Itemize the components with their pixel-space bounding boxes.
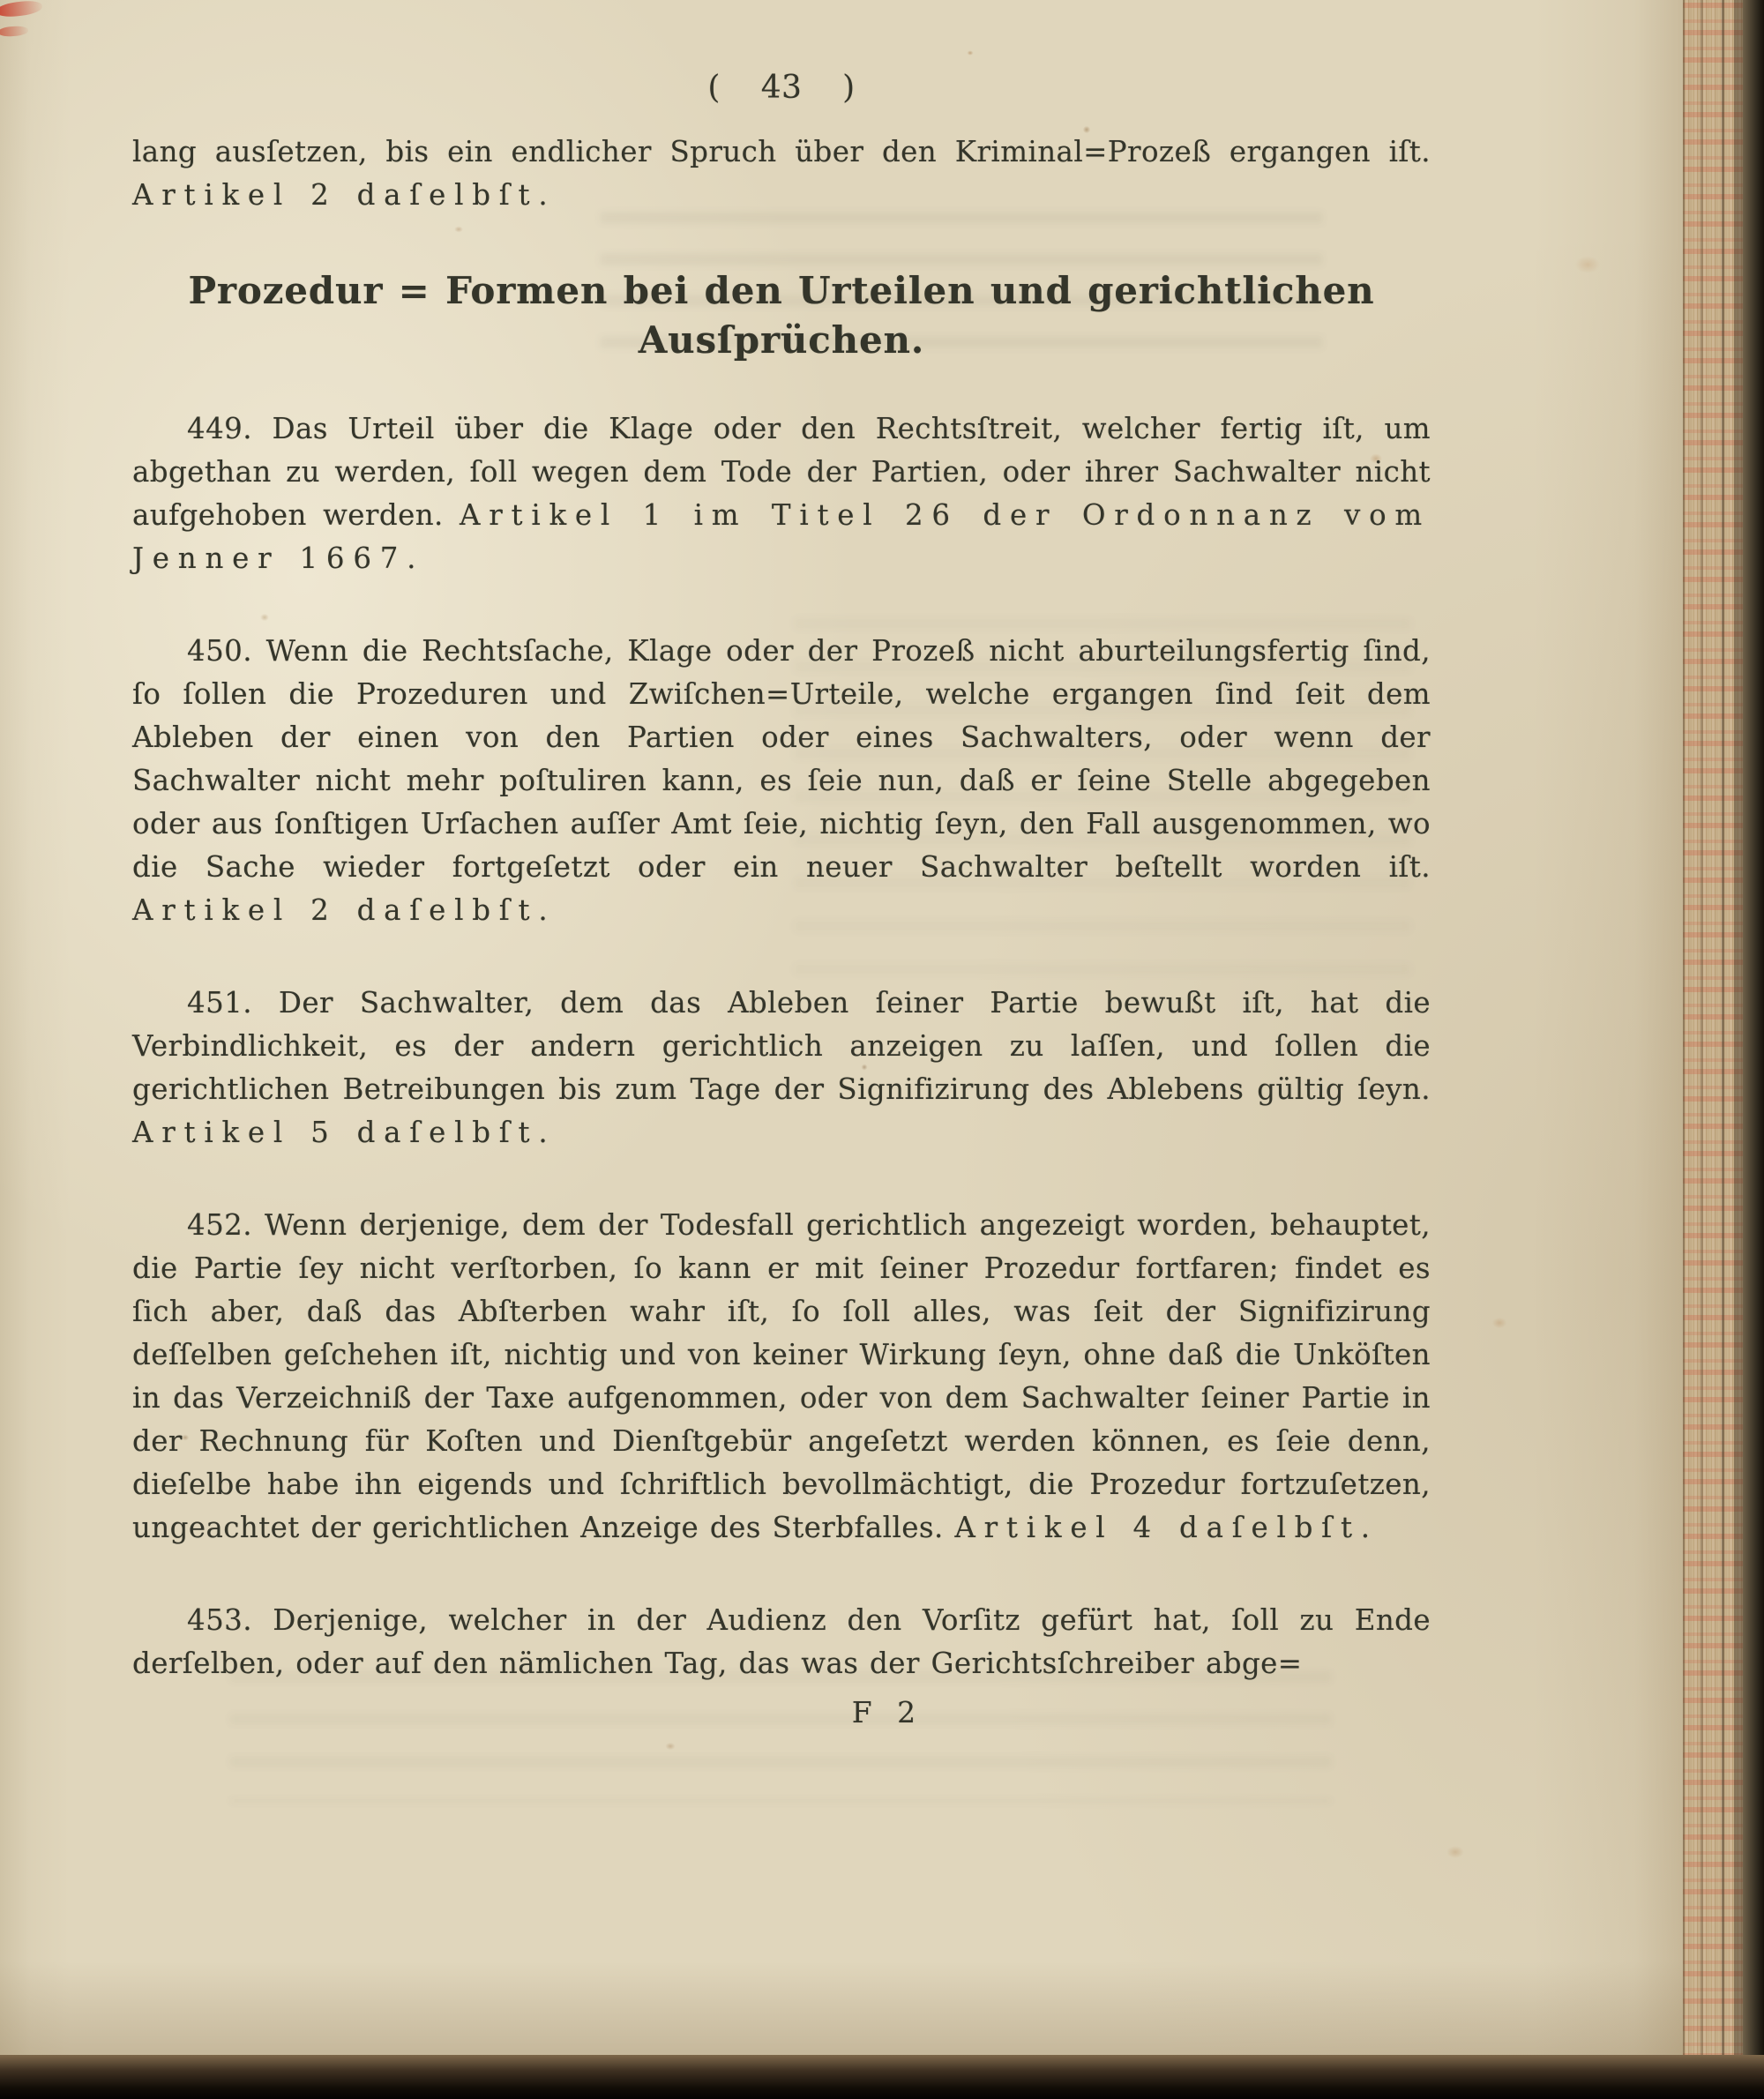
- citation: Artikel 5 daſelbſt.: [132, 1116, 556, 1149]
- citation: Artikel 2 daſelbſt.: [132, 893, 556, 927]
- paragraph-452: 452. Wenn derjenige, dem der Todesfall g…: [132, 1204, 1431, 1550]
- paragraph-453: 453. Derjenige, welcher in der Audienz d…: [132, 1599, 1431, 1685]
- paragraph-451: 451. Der Sachwalter, dem das Ableben ſei…: [132, 982, 1431, 1154]
- book-background: ( 43 ) lang ausſetzen, bis ein endlicher…: [0, 0, 1764, 2099]
- citation: Artikel 2 daſelbſt.: [132, 178, 556, 212]
- paragraph-text: lang ausſetzen, bis ein endlicher Spruch…: [132, 135, 1431, 168]
- paragraph-continuation: lang ausſetzen, bis ein endlicher Spruch…: [132, 131, 1431, 217]
- paragraph-text: 453. Derjenige, welcher in der Audienz d…: [132, 1603, 1431, 1680]
- citation: Artikel 4 daſelbſt.: [954, 1511, 1378, 1544]
- paragraph-text: 452. Wenn derjenige, dem der Todesfall g…: [132, 1208, 1431, 1544]
- paragraph-text: 450. Wenn die Rechtsſache, Klage oder de…: [132, 634, 1431, 884]
- paragraph-text: 451. Der Sachwalter, dem das Ableben ſei…: [132, 986, 1431, 1106]
- page: ( 43 ) lang ausſetzen, bis ein endlicher…: [0, 0, 1683, 2058]
- paragraph-449: 449. Das Urteil über die Klage oder den …: [132, 407, 1431, 580]
- signature-mark: F 2: [132, 1691, 1431, 1734]
- page-number: ( 43 ): [132, 69, 1431, 108]
- section-heading: Prozedur = Formen bei den Urteilen und g…: [132, 266, 1431, 365]
- book-edge-shadow: [1743, 0, 1764, 2058]
- section-heading-line1: Prozedur = Formen bei den Urteilen und g…: [189, 269, 1375, 312]
- book-bottom-edge: [0, 2055, 1764, 2099]
- section-heading-line2: Ausſprüchen.: [639, 318, 924, 362]
- paragraph-450: 450. Wenn die Rechtsſache, Klage oder de…: [132, 630, 1431, 932]
- page-text-block: ( 43 ) lang ausſetzen, bis ein endlicher…: [132, 69, 1431, 1734]
